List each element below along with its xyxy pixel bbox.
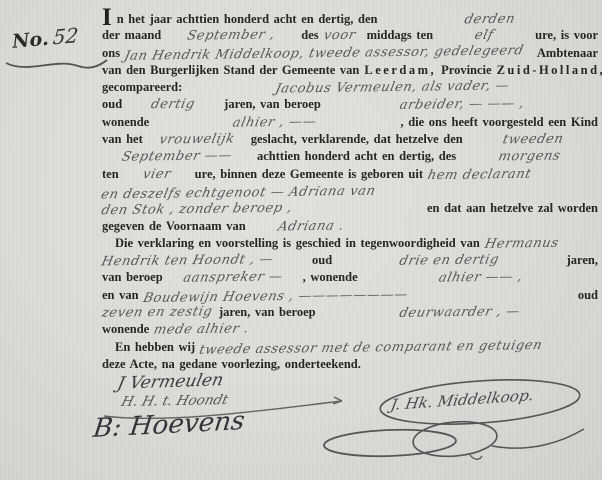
printed-text: ure, is voor (535, 28, 598, 43)
act-number: 52 (52, 23, 79, 49)
printed-text: Zuid-Holland, (497, 63, 602, 78)
text-line: In het jaar achttien honderd acht en der… (102, 11, 598, 28)
printed-text: Die verklaring en voorstelling is geschi… (115, 236, 480, 251)
printed-text: deze Acte, na gedane voorlezing, onderte… (102, 357, 361, 372)
text-line: Hendrik ten Hoondt , —ouddrie en dertigj… (102, 253, 598, 270)
text-line: Die verklaring en voorstelling is geschi… (102, 236, 598, 253)
printed-text: ons (102, 46, 120, 61)
printed-text: jaren, (567, 253, 598, 268)
handwritten-entry: elf (436, 28, 532, 44)
printed-text: Leerdam, (364, 63, 436, 78)
printed-text: van beroep (102, 270, 163, 285)
text-line: September ——achttien honderd acht en der… (102, 149, 598, 166)
printed-text: ure, binnen deze Gemeente is geboren uit (195, 167, 423, 182)
handwritten-entry: aanspreker — (166, 270, 300, 287)
handwritten-entry: derden (381, 10, 600, 28)
signature-witness2: B: Hoevens (92, 406, 247, 444)
handwritten-entry: morgens (459, 148, 600, 165)
handwritten-entry: Jacobus Vermeulen, als vader, — (185, 77, 600, 98)
printed-text: des (301, 28, 318, 43)
handwritten-entry: alhier , —— (152, 113, 397, 131)
handwritten-entry: vier (122, 166, 191, 182)
printed-text: gegeven de Voornaam van (102, 219, 246, 234)
handwritten-entry: vrouwelijk (146, 131, 248, 147)
registrar-paraph-flourish (324, 374, 584, 460)
printed-text: jaren, van beroep (224, 97, 321, 112)
printed-text: oud (578, 288, 598, 303)
text-line: gecompareerd:Jacobus Vermeulen, als vade… (102, 80, 598, 97)
text-line: gegeven de Voornaam vanAdriana . (102, 219, 598, 236)
act-number-margin-note: No.52 (11, 23, 80, 53)
handwritten-entry: Adriana . (249, 218, 373, 235)
printed-text: , die ons heeft voorgesteld een Kind (400, 115, 598, 130)
handwritten-entry: dertig (125, 97, 221, 113)
text-line: ouddertigjaren, van beroeparbeider, — ——… (102, 97, 598, 114)
text-line: den Stok , zonder beroep ,en dat aan het… (102, 201, 598, 218)
printed-text: Ambtenaar (537, 46, 598, 61)
printed-text: van den Burgerlijken Stand der Gemeente … (102, 63, 359, 78)
handwritten-entry: tweeden (466, 131, 600, 148)
printed-text: n het jaar achttien honderd acht en dert… (117, 12, 378, 27)
printed-text: van het (102, 132, 143, 147)
printed-text: En hebben wij (115, 340, 195, 355)
handwritten-entry: voor (322, 28, 363, 44)
printed-text: achttien honderd acht en dertig, des (257, 149, 456, 164)
printed-text: gecompareerd: (102, 80, 182, 95)
handwritten-entry: September , (164, 27, 298, 44)
text-line: En hebben wijtweede assessor met de comp… (102, 340, 598, 357)
signature-registrar: J. Hk. Middelkoop. (389, 386, 535, 414)
printed-text: wonende (102, 322, 149, 337)
text-line: wonendealhier , ——, die ons heeft voorge… (102, 115, 598, 132)
printed-text: en dat aan hetzelve zal worden (427, 201, 598, 216)
printed-text: oud (312, 253, 332, 268)
handwritten-entry: Hermanus (483, 235, 600, 252)
signature-father: J Vermeulen (115, 370, 225, 394)
printed-text: en van (102, 288, 139, 303)
act-number-underline-flourish (6, 60, 107, 68)
printed-text: oud (102, 97, 122, 112)
printed-text: jaren, van beroep (219, 305, 316, 320)
handwritten-entry: tweede assessor met de comparant en getu… (198, 337, 600, 358)
printed-text: geslacht, verklarende, dat hetzelve den (251, 132, 463, 147)
handwritten-entry: Boudewijn Hoevens , ———————— (141, 285, 575, 306)
text-line: van hetvrouwelijkgeslacht, verklarende, … (102, 132, 598, 149)
text-line: en vanBoudewijn Hoevens , ————————oud (102, 288, 598, 305)
handwritten-entry: mede alhier . (152, 322, 250, 338)
handwritten-entry: Jan Hendrik Middelkoop, tweede assessor,… (123, 43, 534, 64)
text-line: onsJan Hendrik Middelkoop, tweede assess… (102, 46, 598, 63)
handwritten-entry: drie en dertig (335, 252, 563, 270)
printed-text: I (102, 13, 112, 23)
printed-text: middags ten (367, 28, 433, 43)
printed-text: ten (102, 167, 119, 182)
printed-text: , wonende (303, 270, 358, 285)
handwritten-entry: September —— (100, 148, 254, 165)
scanned-document-page: No.52 In het jaar achttien honderd acht … (0, 0, 602, 480)
handwritten-entry: den Stok , zonder beroep , (100, 199, 424, 218)
handwritten-entry: Hendrik ten Hoondt , — (100, 252, 309, 270)
text-line: wonendemede alhier . (102, 322, 598, 339)
text-line: zeven en zestigjaren, van beroepdeurwaar… (102, 305, 598, 322)
printed-text: wonende (102, 115, 149, 130)
text-line: en deszelfs echtgenoot — Adriana van (102, 184, 598, 201)
no-label: No. (11, 28, 49, 53)
document-body: In het jaar achttien honderd acht en der… (102, 11, 598, 374)
printed-text: Provincie (441, 63, 491, 78)
handwritten-entry: zeven en zestig (100, 304, 216, 321)
handwritten-entry: arbeider, — —— , (324, 96, 600, 115)
handwritten-entry: deurwaarder , — (319, 303, 600, 322)
